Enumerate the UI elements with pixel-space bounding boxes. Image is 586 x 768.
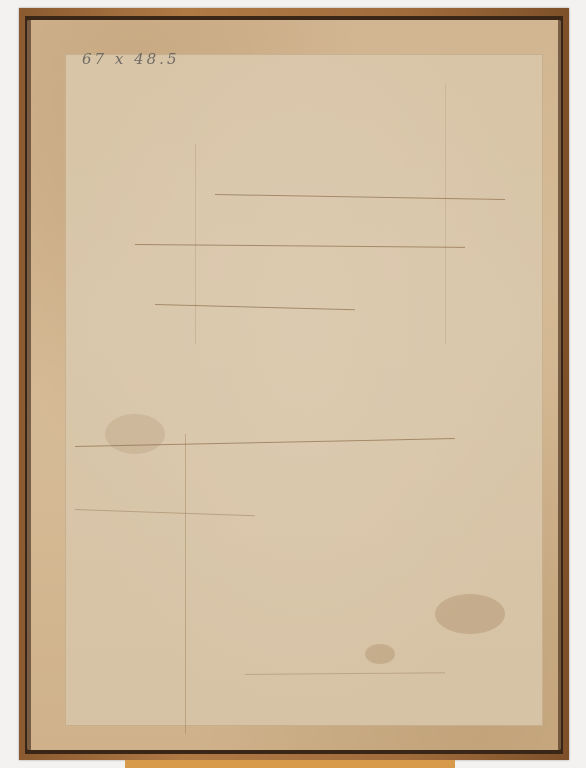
vertical-stain	[185, 434, 186, 734]
display-stand	[125, 760, 455, 768]
water-stain-line	[155, 304, 355, 310]
picture-frame	[19, 8, 569, 760]
stain-blot	[435, 594, 505, 634]
inner-panel	[65, 54, 543, 726]
stain-blot	[105, 414, 165, 454]
water-stain-line	[245, 672, 445, 675]
cardboard-backing	[27, 20, 561, 750]
water-stain-line	[135, 244, 465, 248]
water-stain-line	[215, 194, 505, 200]
water-stain-line	[75, 509, 255, 516]
left-edge-shadow	[27, 20, 31, 750]
right-edge-shadow	[558, 20, 561, 750]
vertical-stain	[195, 144, 196, 344]
vertical-stain	[445, 84, 446, 344]
stain-blot	[365, 644, 395, 664]
pencil-dimension-note: 67 x 48.5	[82, 50, 179, 68]
